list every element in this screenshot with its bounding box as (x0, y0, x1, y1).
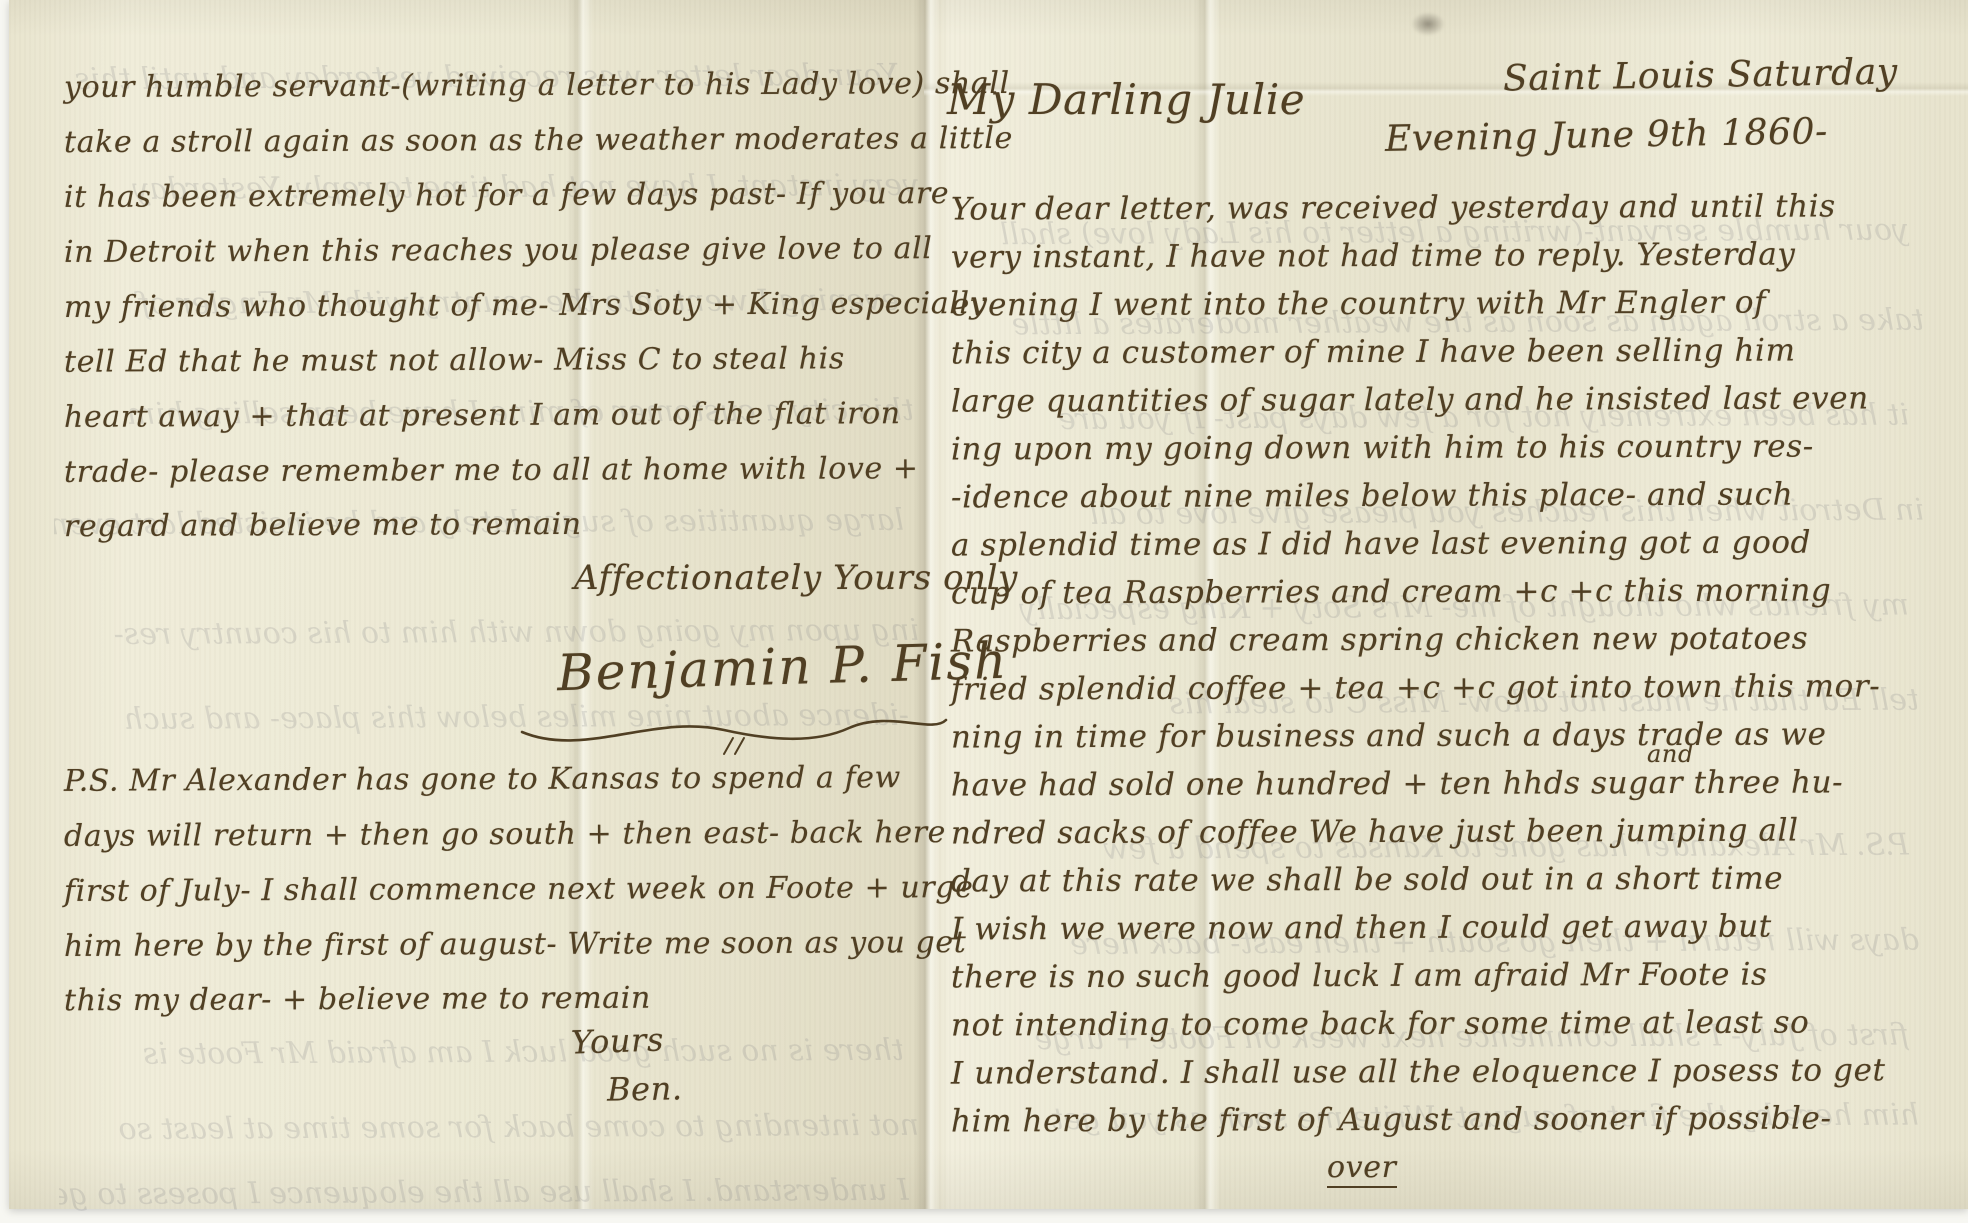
interlinear-insert: and (1647, 740, 1694, 768)
scanned-letter-photo: Your dear letter, was received yesterday… (0, 0, 1968, 1223)
handwritten-line: very instant, I have not had time to rep… (951, 237, 1796, 276)
handwritten-line: trade- please remember me to all at home… (64, 451, 919, 490)
handwritten-line: regard and believe me to remain (64, 507, 582, 544)
handwritten-line: not intending to come back for some time… (951, 1005, 1810, 1044)
letter-signature: Benjamin P. Fish (556, 632, 1009, 703)
handwritten-line: ning in time for business and such a day… (951, 716, 1827, 755)
signature-flourish (514, 706, 954, 762)
postscript-closing: Yours (570, 1020, 664, 1061)
handwritten-line: have had sold one hundred + ten hhds sug… (951, 764, 1843, 803)
ink-smudge (1411, 12, 1445, 36)
dateline-place: Saint Louis Saturday (1503, 52, 1898, 100)
handwritten-line: I understand. I shall use all the eloque… (951, 1052, 1886, 1091)
postscript-line: days will return + then go south + then … (64, 815, 946, 854)
handwritten-line: Your dear letter, was received yesterday… (951, 188, 1836, 227)
dateline-date: Evening June 9th 1860- (1385, 111, 1828, 160)
handwritten-line: there is no such good luck I am afraid M… (951, 957, 1768, 996)
salutation: My Darling Julie (947, 75, 1305, 124)
handwritten-line: heart away + that at present I am out of… (64, 396, 901, 435)
handwritten-line: a splendid time as I did have last eveni… (951, 524, 1811, 563)
handwritten-line: I wish we were now and then I could get … (951, 909, 1772, 948)
handwritten-line: -idence about nine miles below this plac… (951, 477, 1793, 516)
handwritten-line: large quantities of sugar lately and he … (951, 380, 1869, 419)
handwritten-line: my friends who thought of me- Mrs Soty +… (64, 286, 987, 325)
postscript-line: him here by the first of august- Write m… (64, 925, 966, 964)
handwritten-line: ing upon my going down with him to his c… (951, 428, 1814, 467)
handwritten-line: cup of tea Raspberries and cream +c +c t… (951, 572, 1831, 611)
handwritten-line: this city a customer of mine I have been… (951, 333, 1796, 372)
postscript-signature: Ben. (607, 1069, 683, 1108)
postscript-line: this my dear- + believe me to remain (64, 981, 651, 1019)
handwritten-line: Raspberries and cream spring chicken new… (951, 621, 1808, 660)
ghost-line: I understand. I shall use all the eloque… (59, 1173, 909, 1212)
page-turn-note: over (1327, 1150, 1397, 1188)
postscript-line: first of July- I shall commence next wee… (64, 870, 974, 909)
handwritten-line: in Detroit when this reaches you please … (64, 231, 933, 270)
handwritten-line: take a stroll again as soon as the weath… (64, 121, 1013, 160)
handwritten-line: tell Ed that he must not allow- Miss C t… (64, 341, 845, 379)
handwritten-line: your humble servant-(writing a letter to… (64, 66, 1010, 105)
ghost-line: there is no such good luck I am afraid M… (49, 1033, 904, 1072)
postscript-line: P.S. Mr Alexander has gone to Kansas to … (64, 760, 901, 799)
handwritten-line: ndred sacks of coffee We have just been … (951, 813, 1799, 852)
ghost-line: not intending to come back for some time… (79, 1108, 919, 1147)
handwritten-line: fried splendid coffee + tea +c +c got in… (951, 668, 1880, 707)
handwritten-line: day at this rate we shall be sold out in… (951, 861, 1783, 900)
handwritten-line: it has been extremely hot for a few days… (64, 176, 949, 215)
letter-paper: Your dear letter, was received yesterday… (9, 0, 1968, 1209)
handwritten-line: him here by the first of August and soon… (951, 1100, 1832, 1139)
handwritten-line: evening I went into the country with Mr … (951, 285, 1766, 324)
